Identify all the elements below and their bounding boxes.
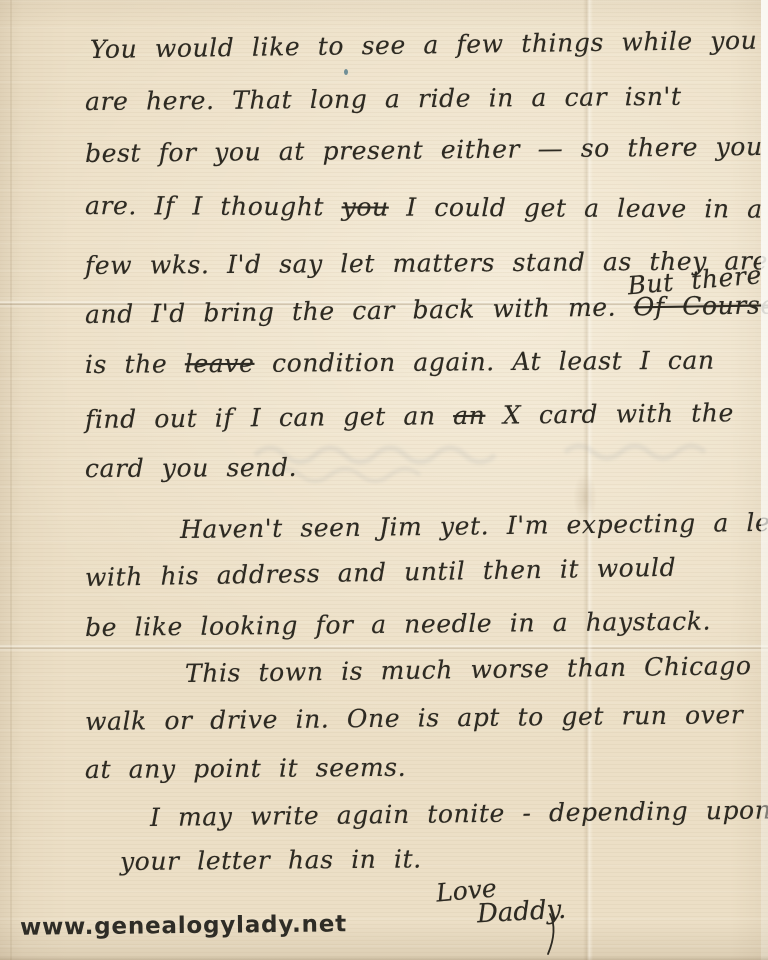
letter-line: at any point it seems. [85,752,406,785]
signature-flourish [540,912,560,958]
letter-line: are. If I thought you I could get a leav… [85,190,763,225]
letter-text: are. If I thought [85,191,342,221]
letter-text: and I'd bring the car back with me. [85,292,634,329]
letter-text: be like looking for a needle in a haysta… [85,606,711,642]
letter-text: This town is much worse than Chicago to [185,650,768,688]
letter-line: are here. That long a ride in a car isn'… [85,81,682,117]
letter-line: card you send. [85,452,297,484]
letter-line: find out if I can get an an X card with … [85,397,734,435]
scan-edge-right [761,0,768,960]
letter-text: I may write again tonite - depending upo… [150,794,768,832]
letter-line: your letter has in it. [120,843,422,877]
letter-text: Haven't seen Jim yet. I'm expecting a le… [180,507,768,544]
struck-text: you [342,192,389,221]
letter-line: with his address and until then it would [85,552,677,593]
letter-line: Haven't seen Jim yet. I'm expecting a le… [180,506,768,545]
letter-line: walk or drive in. One is apt to get run … [85,699,744,737]
letter-text: walk or drive in. One is apt to get run … [85,700,744,736]
letter-line: and I'd bring the car back with me. Of C… [85,289,768,330]
letter-text: are here. That long a ride in a car isn'… [85,82,682,116]
letter-line: This town is much worse than Chicago to [185,649,768,689]
letter-text: best for you at present either — so ther… [85,132,763,168]
letter-body: You would like to see a few things while… [0,0,768,960]
scanned-letter-page: You would like to see a few things while… [0,0,768,960]
letter-line: best for you at present either — so ther… [85,131,763,169]
letter-line: I may write again tonite - depending upo… [150,793,768,833]
letter-text: condition again. At least I can [254,346,714,378]
letter-text: card you send. [85,453,297,483]
letter-text: at any point it seems. [85,753,406,784]
scan-edge-bottom [0,956,768,960]
letter-text: find out if I can get an [85,401,453,434]
letter-text: X card with the [485,398,734,430]
struck-text: an [453,401,486,430]
letter-text: I could get a leave in a [389,193,763,224]
letter-line: be like looking for a needle in a haysta… [85,605,711,643]
letter-text: with his address and until then it would [85,553,677,592]
letter-line: You would like to see a few things while… [90,25,758,65]
letter-line: is the leave condition again. At least I… [85,345,715,380]
struck-text: leave [185,349,255,378]
letter-text: is the [85,349,185,379]
letter-text: your letter has in it. [120,844,422,876]
letter-text: You would like to see a few things while… [90,26,758,64]
watermark-url: www.genealogylady.net [20,911,347,940]
